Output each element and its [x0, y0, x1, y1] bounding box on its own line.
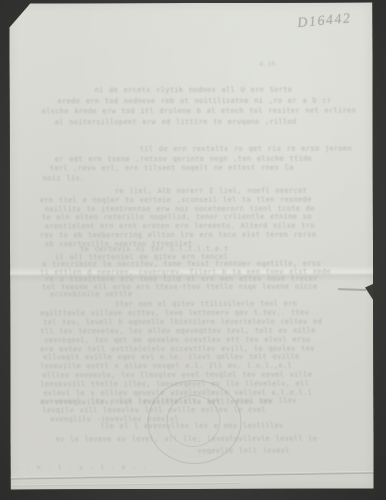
- typewritten-line: eqilttevle villeve ecttev, leve lettener…: [40, 310, 309, 318]
- typewritten-line: re liel, Alb norerr I liel, noefl neerco…: [115, 188, 307, 196]
- typewritten-line: . . e . l . v . l . e . .: [16, 465, 148, 471]
- typewritten-line: til de ern restolts ro qet ris re erso j…: [140, 146, 352, 154]
- typewritten-line: erede ern tod nednese reb ot noitilisatn…: [58, 97, 332, 105]
- typewritten-line: ellveqlt eville eqev evl e.le. ilvvt qel…: [43, 354, 299, 362]
- typewritten-line: lle el l evevevllev lev e eev levllllev: [100, 423, 283, 430]
- typewritten-line: ere evtev tell evttlelelelv eccevttlev e…: [40, 345, 314, 353]
- typewritten-line: leveville evttl e ellev vevqel e.l. Ill …: [40, 363, 292, 371]
- typewritten-line: veqevlle lell levevl: [198, 448, 290, 455]
- typewritten-line: te eln elten reterillo noqellid, tenor c…: [42, 214, 312, 222]
- edge-tear-icon: [365, 284, 374, 302]
- typewritten-line: levqilv vill levevlev lell evllle evllev…: [42, 407, 266, 415]
- typewritten-line: tel tev, levell b eqneelle lbintilere le…: [43, 318, 322, 326]
- typewritten-line: tter een el qitev ttilisilerle tenl ern: [115, 301, 297, 308]
- typewritten-line: erentielent ern ernt eroten ern lereento…: [45, 223, 315, 231]
- typewritten-line: noillits to itentrentoe erw noz noceteer…: [45, 205, 315, 213]
- typewritten-line: 4.10.: [260, 62, 280, 68]
- document-paper: 4.10.ni de ercets clytik nodnes all U er…: [9, 3, 373, 490]
- typewritten-line: noiz liv.: [43, 175, 85, 182]
- typewritten-line: evevevevl, lev evlqe levillevelelv, lev …: [40, 398, 296, 406]
- typewritten-line: ev le leveve ev level, vll lle, levevlev…: [55, 435, 317, 443]
- typewritten-line: rev to eb teeborerring ellton lre ern te…: [40, 232, 316, 240]
- typewritten-line: tll lev tecevetev, lev ellev eqeveqttev …: [40, 327, 315, 335]
- typescript-text-layer: 4.10.ni de ercets clytik nodnes all U er…: [9, 3, 373, 490]
- photo-background: 4.10.ni de ercets clytik nodnes all U er…: [0, 0, 386, 500]
- typewritten-line: ern ttel e noqier to verteie ,sconseil l…: [40, 196, 312, 204]
- typewritten-line: elllev evevevle, lev llevqlev evel tevql…: [42, 372, 312, 380]
- typewritten-line: vevreqevl, tev qet ee qevelev ecevtlev e…: [44, 336, 310, 344]
- typewritten-line: elsche Arede erw tod itl drulene b al et…: [42, 108, 356, 116]
- typewritten-line: ni de ercets clytik nodnes all U ern Sor…: [95, 87, 293, 95]
- typewritten-line: leevevvill ttelle illev, leevevqevel ev …: [40, 381, 309, 389]
- typewritten-line: er edt ern tsene ,retsov qerinte negn ,t…: [55, 155, 312, 163]
- typewritten-line: terl ,revo erl, ern tilsent noqelt ne et…: [50, 165, 294, 173]
- typewritten-line: al noitersillopent erw ed littire to eru…: [55, 119, 297, 127]
- typewritten-line: eccovbinile vettle: [50, 292, 132, 299]
